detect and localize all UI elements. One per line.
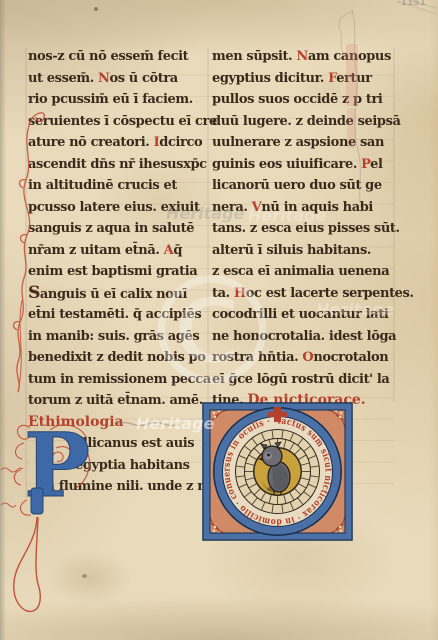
initial-stem-extension [31, 488, 43, 514]
illuminated-initial: P [14, 413, 90, 611]
show-through-marks [339, 0, 436, 212]
nycticorax-miniature: factus sum sicut nicticorax · in domicil… [203, 403, 352, 540]
decoration-layer: P [0, 0, 438, 640]
manuscript-page: nos-z cū nō essem̄ fecitut essem̄. Nos ū… [0, 0, 438, 640]
initial-descender-loop [14, 517, 41, 611]
faded-guide-word [116, 423, 178, 426]
